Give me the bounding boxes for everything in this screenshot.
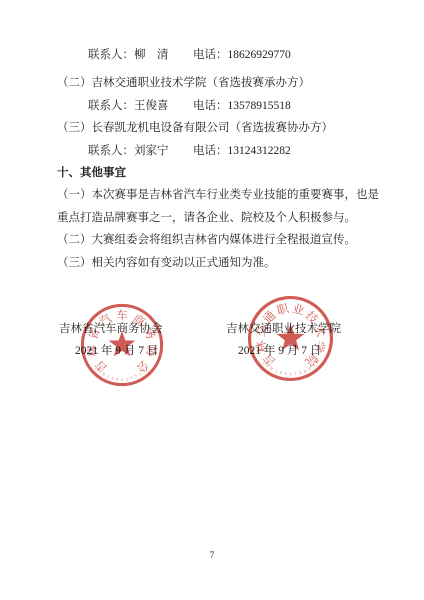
- svg-text:职: 职: [275, 301, 291, 318]
- seal-ring: [250, 298, 332, 380]
- contact-line: 联系人：柳 清电话：18626929770: [57, 44, 371, 66]
- svg-text:0: 0: [102, 371, 106, 376]
- svg-text:2: 2: [98, 369, 103, 374]
- section-item-2: （二）吉林交通职业技术学院（省选拔赛承办方）: [57, 72, 371, 94]
- paragraph-line: （三）相关内容如有变动以正式通知为准。: [57, 252, 371, 274]
- svg-text:1: 1: [262, 360, 267, 365]
- official-seal-right: 吉林交通职业技术学院1201951724019: [245, 293, 336, 384]
- document-body: 联系人：柳 清电话：18626929770 （二）吉林交通职业技术学院（省选拔赛…: [57, 44, 371, 274]
- svg-text:7: 7: [294, 371, 297, 376]
- contact-line: 联系人：刘家宁电话：13124312282: [57, 140, 371, 162]
- signature-org-left: 吉林省汽车商务协会: [59, 323, 163, 336]
- page-number: 7: [199, 550, 225, 560]
- svg-text:2: 2: [125, 376, 128, 381]
- svg-text:2: 2: [265, 363, 270, 368]
- section-heading-other-matters: 十、其他事宜: [57, 162, 371, 184]
- svg-text:7: 7: [142, 369, 147, 374]
- document-page: 联系人：柳 清电话：18626929770 （二）吉林交通职业技术学院（省选拔赛…: [0, 0, 424, 600]
- svg-text:2: 2: [94, 366, 99, 371]
- contact-phone: 电话：13124312282: [193, 145, 291, 157]
- svg-text:2: 2: [299, 370, 302, 375]
- svg-text:1: 1: [311, 363, 316, 368]
- contact-line: 联系人：王俊喜电话：13578915518: [57, 95, 371, 117]
- contact-person: 联系人：刘家宁: [88, 140, 193, 162]
- svg-text:车: 车: [116, 309, 128, 322]
- section-item-3: （三）长春凯龙机电设备有限公司（省选拔赛协办方）: [57, 117, 371, 139]
- svg-text:5: 5: [111, 375, 114, 380]
- svg-text:吉: 吉: [92, 358, 110, 376]
- svg-text:4: 4: [303, 368, 307, 373]
- svg-text:7: 7: [134, 374, 138, 379]
- svg-text:1: 1: [106, 374, 110, 379]
- svg-text:7: 7: [130, 375, 133, 380]
- contact-phone: 电话：13578915518: [193, 100, 291, 112]
- svg-text:0: 0: [307, 366, 311, 371]
- svg-text:7: 7: [145, 366, 150, 371]
- svg-text:会: 会: [133, 358, 151, 376]
- contact-phone: 电话：18626929770: [193, 49, 291, 61]
- contact-person: 联系人：柳 清: [88, 44, 193, 66]
- svg-text:5: 5: [284, 371, 287, 376]
- svg-text:5: 5: [138, 371, 142, 376]
- contact-person: 联系人：王俊喜: [88, 95, 193, 117]
- svg-text:1: 1: [289, 371, 291, 376]
- svg-text:9: 9: [279, 370, 282, 375]
- paragraph-line: 重点打造品牌赛事之一，请各企业、院校及个人积极参与。: [57, 207, 371, 229]
- seal-graphic: 吉林交通职业技术学院1201951724019: [245, 293, 336, 384]
- signature-org-right: 吉林交通职业技术学院: [226, 323, 341, 336]
- signature-date-right: 2021 年 9 月 7 日: [238, 345, 321, 358]
- signature-date-left: 2021 年 9 月 7 日: [75, 345, 158, 358]
- paragraph-line: （一）本次赛事是吉林省汽车行业类专业技能的重要赛事，也是: [57, 184, 371, 206]
- svg-text:6: 6: [116, 376, 119, 381]
- svg-text:1: 1: [274, 368, 278, 373]
- paragraph-line: （二）大赛组委会将组织吉林省内媒体进行全程报道宣传。: [57, 229, 371, 251]
- svg-text:1: 1: [121, 377, 123, 382]
- svg-text:0: 0: [270, 366, 274, 371]
- svg-text:9: 9: [314, 360, 319, 365]
- svg-text:业: 业: [291, 301, 306, 318]
